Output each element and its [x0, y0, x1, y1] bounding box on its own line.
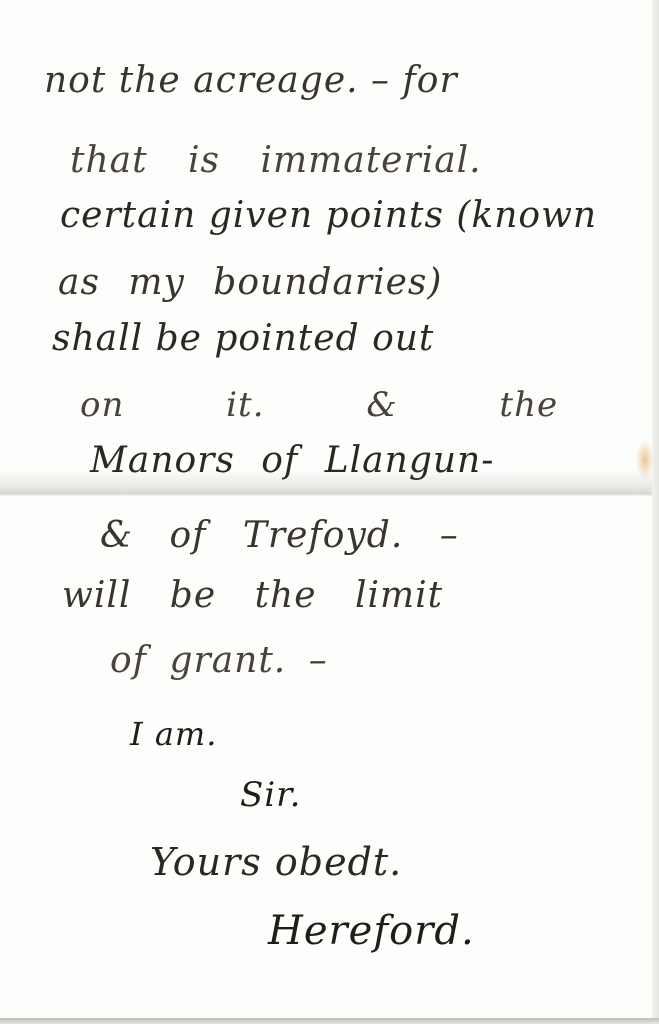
closing-valediction: Yours obedt.	[150, 840, 402, 884]
letter-line-2: that is immaterial.	[70, 140, 482, 181]
letter-line-5: shall be pointed out	[52, 318, 434, 359]
letter-line-1: not the acreage. – for	[44, 60, 458, 101]
letter-line-4: as my boundaries)	[58, 262, 442, 303]
letter-line-10: of grant. –	[110, 640, 328, 681]
letter-line-3: certain given points (known	[60, 195, 597, 236]
signature: Hereford.	[268, 908, 475, 954]
closing-address: Sir.	[240, 775, 302, 815]
closing-salutation: I am.	[130, 715, 217, 753]
letter-line-7: Manors of Llangun-	[90, 440, 494, 481]
letter-line-9: will be the limit	[62, 575, 443, 616]
letter-line-6: on it. & the	[80, 385, 558, 425]
letter-page: not the acreage. – for that is immateria…	[0, 0, 652, 1020]
paper-edge-bottom	[0, 1018, 659, 1024]
paper-edge-right	[652, 0, 659, 1024]
letter-line-8: & of Trefoyd. –	[100, 515, 459, 556]
